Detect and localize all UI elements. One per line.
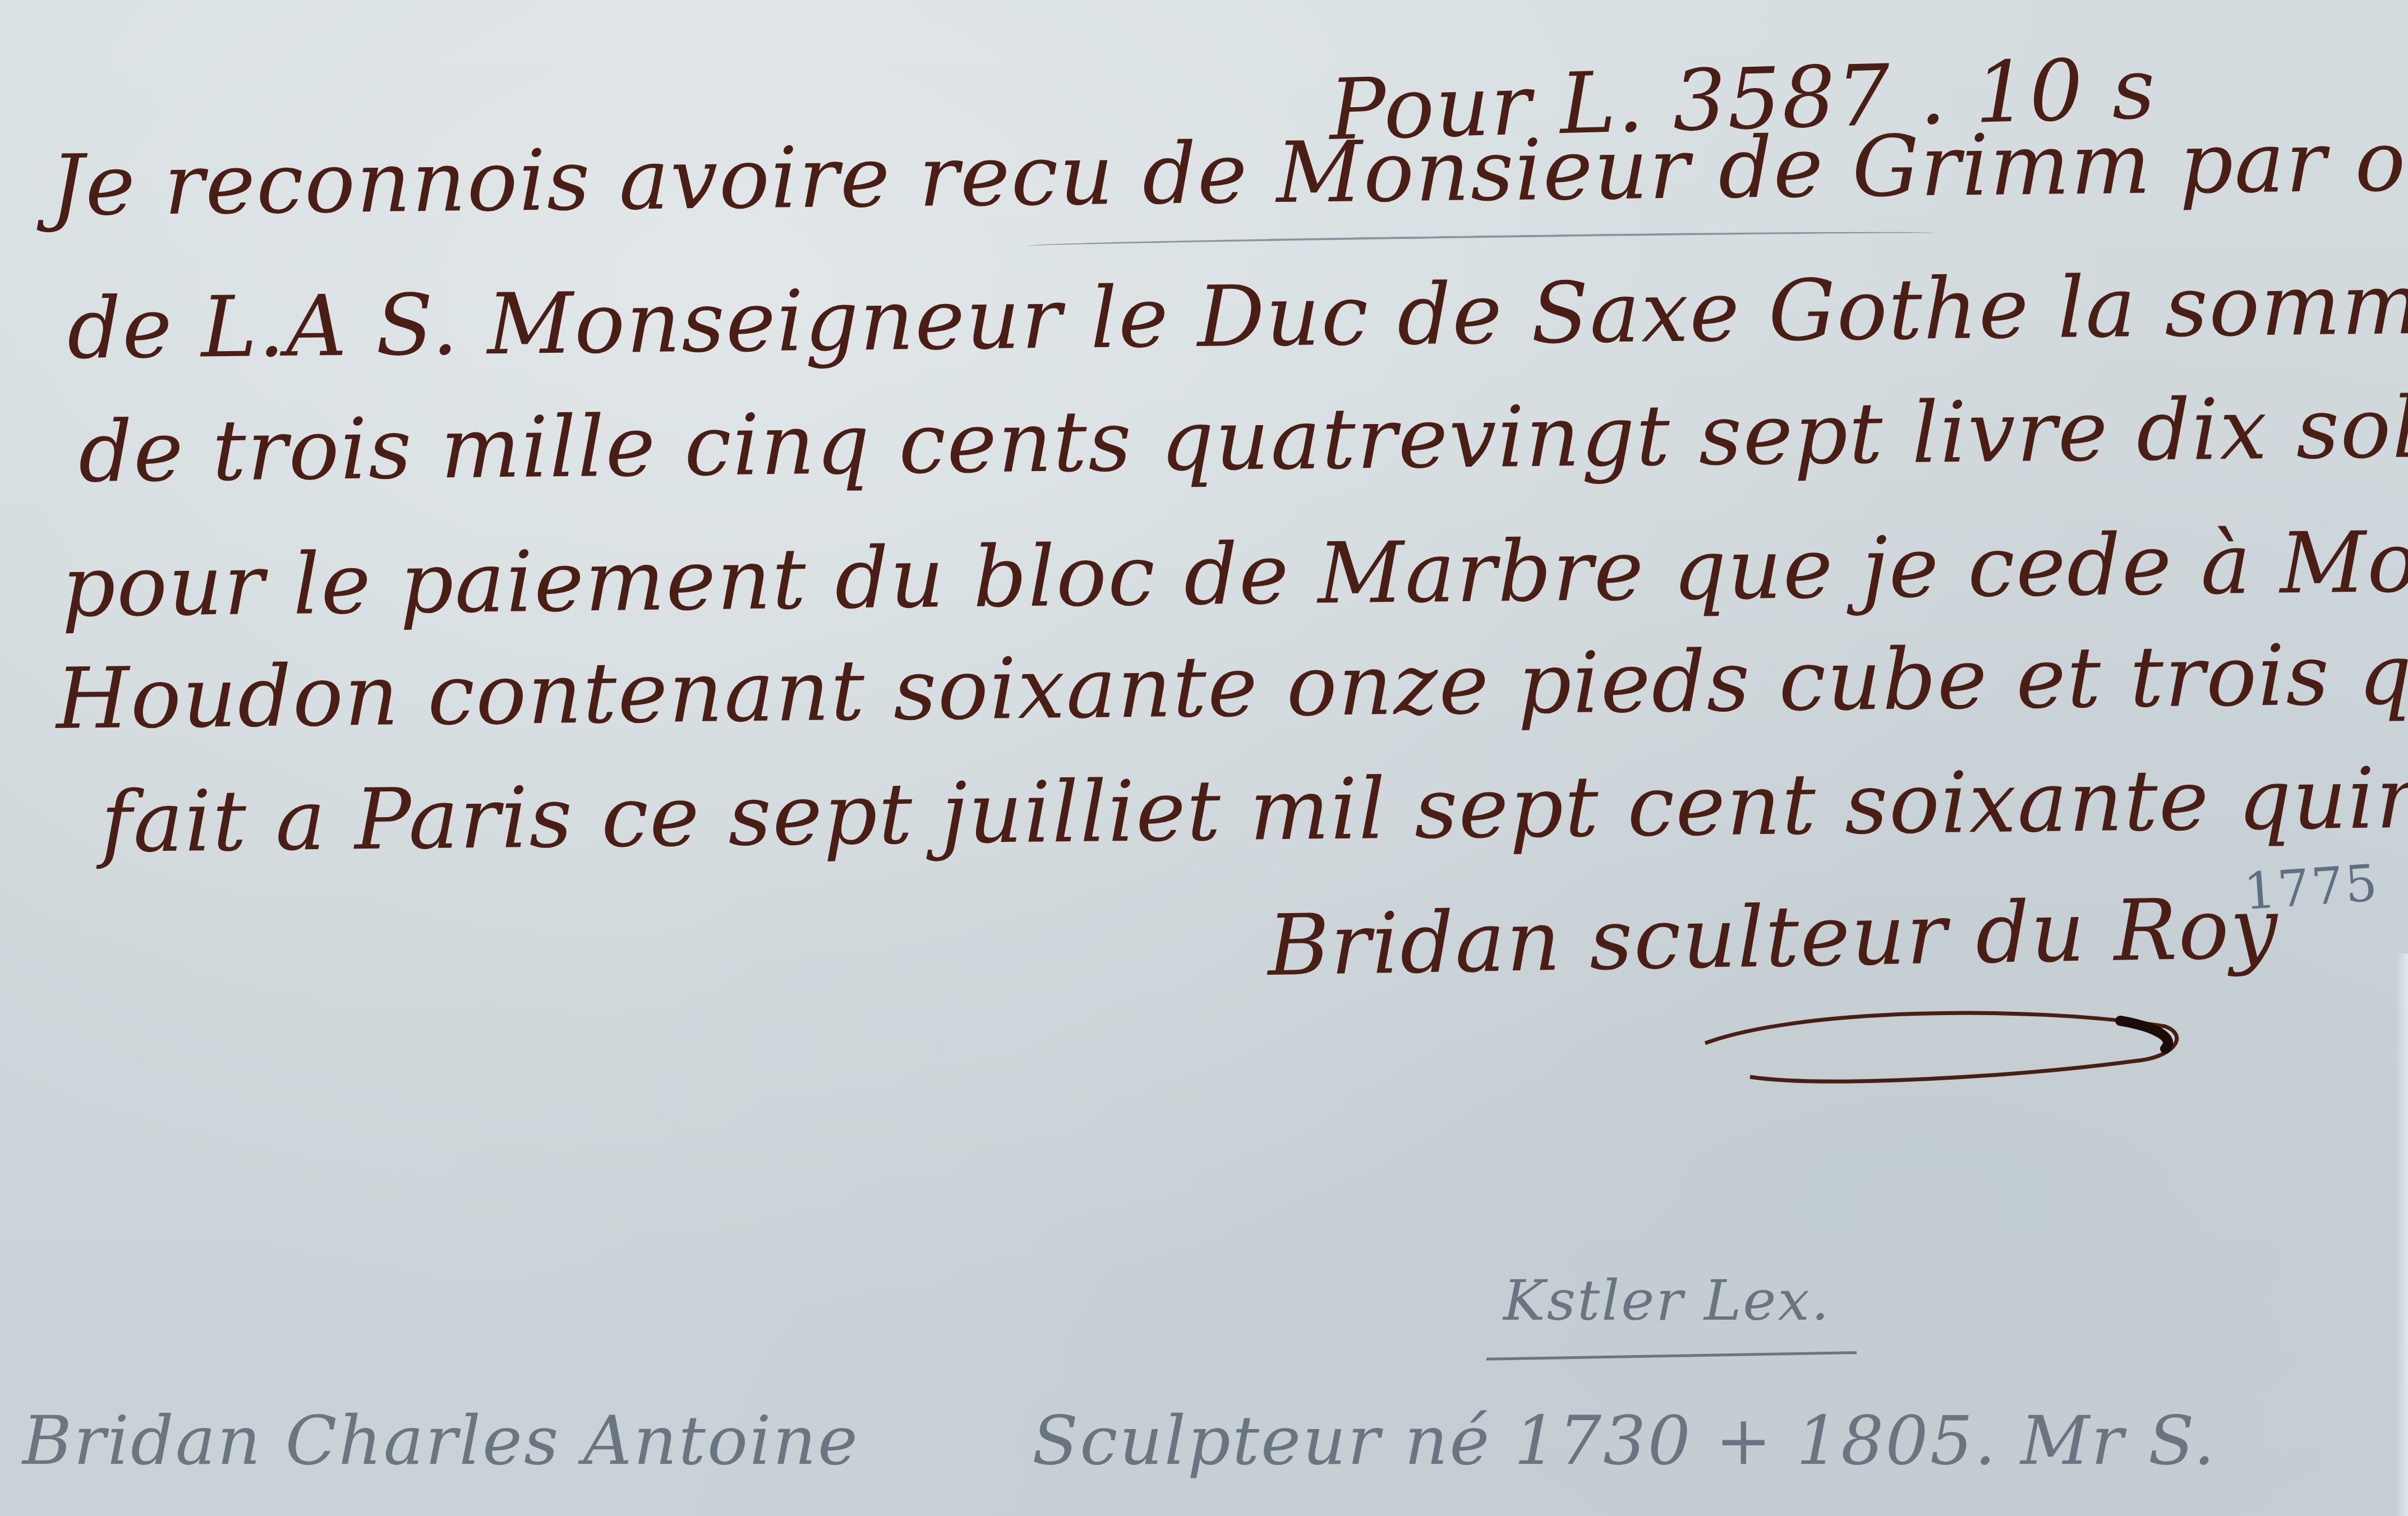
body-line-4: pour le paiement du bloc de Marbre que j… [61, 511, 2408, 636]
signature: Bridan sculteur du Roy [1267, 880, 2279, 995]
archival-caption-name: Bridan Charles Antoine [22, 1402, 859, 1480]
body-line-2: de L.A S. Monseigneur le Duc de Saxe Got… [67, 255, 2408, 378]
signature-flourish-icon [1683, 1004, 2199, 1088]
pencil-underline-grimm [1026, 229, 1935, 250]
body-line-1: Je reconnois avoire recu de Monsieur de … [50, 110, 2408, 235]
paper-edge [2396, 953, 2408, 1516]
document-paper: Pour L. 3587 . 10 s Je reconnois avoire … [0, 0, 2408, 1516]
body-line-3: de trois mille cinq cents quatrevingt se… [78, 379, 2408, 501]
archivist-underline [1486, 1351, 1857, 1361]
archival-caption-details: Sculpteur né 1730 + 1805. Mr S. [1032, 1402, 2217, 1480]
archivist-pencil-note: Kstler Lex. [1503, 1268, 1831, 1333]
body-line-6: fait a Paris ce sept juilliet mil sept c… [100, 749, 2408, 872]
body-line-5: Houdon contenant soixante onze pieds cub… [56, 624, 2408, 748]
